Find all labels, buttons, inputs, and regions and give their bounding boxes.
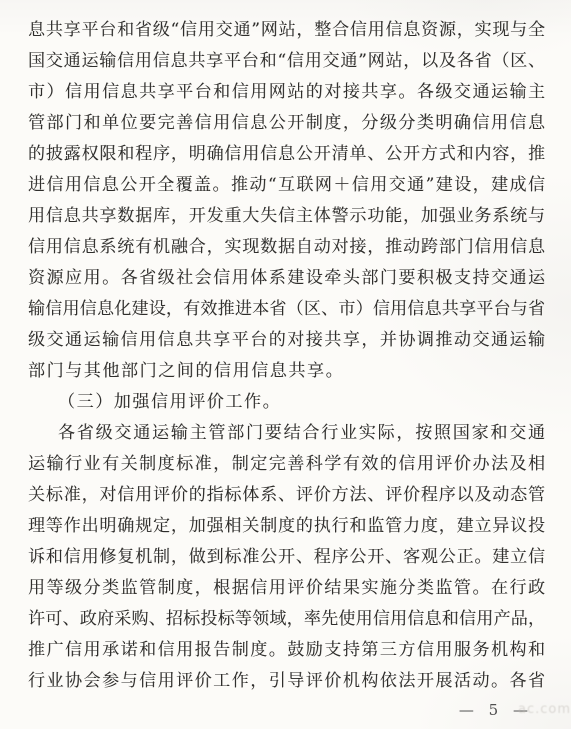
text-line-4: 管部门和单位要完善信用信息公开制度，分级分类明确信用信息 [28, 108, 545, 139]
text-line-19: 用等级分类监管制度，根据信用评价结果实施分类监管。在行政 [28, 573, 545, 604]
document-page: 息共享平台和省级“信用交通”网站，整合信用信息资源，实现与全国交通运输信用信息共… [0, 0, 571, 729]
text-line-1: 息共享平台和省级“信用交通”网站，整合信用信息资源，实现与全 [28, 15, 545, 46]
text-line-7: 用信息共享数据库，开发重大失信主体警示功能，加强业务系统与 [28, 201, 545, 232]
text-line-3: 市）信用信息共享平台和信用网站的对接共享。各级交通运输主 [28, 77, 545, 108]
text-line-16: 关标准，对信用评价的指标体系、评价方法、评价程序以及动态管 [28, 480, 545, 511]
text-line-14: 各省级交通运输主管部门要结合行业实际，按照国家和交通 [28, 418, 545, 449]
text-line-17: 理等作出明确规定，加强相关制度的执行和监管力度，建立异议投 [28, 511, 545, 542]
text-line-5: 的披露权限和程序，明确信用信息公开清单、公开方式和内容，推 [28, 139, 545, 170]
text-line-9: 资源应用。各省级社会信用体系建设牵头部门要积极支持交通运 [28, 263, 545, 294]
text-line-22: 行业协会参与信用评价工作，引导评价机构依法开展活动。各省 [28, 666, 545, 697]
text-line-18: 诉和信用修复机制，做到标准公开、程序公开、客观公正。建立信 [28, 542, 545, 573]
page-footer: — 5 — ac.com [311, 699, 571, 723]
text-line-21: 推广信用承诺和信用报告制度。鼓励支持第三方信用服务机构和 [28, 635, 545, 666]
watermark-text: ac.com [518, 702, 571, 717]
text-line-15: 运输行业有关制度标准，制定完善科学有效的信用评价办法及相 [28, 449, 545, 480]
text-line-6: 进信用信息公开全覆盖。推动“互联网＋信用交通”建设，建成信 [28, 170, 545, 201]
document-body: 息共享平台和省级“信用交通”网站，整合信用信息资源，实现与全国交通运输信用信息共… [28, 15, 545, 697]
text-line-11: 级交通运输信用信息共享平台的对接共享，并协调推动交通运输 [28, 325, 545, 356]
text-line-10: 输信用信息化建设，有效推进本省（区、市）信用信息共享平台与省 [28, 294, 545, 325]
text-line-2: 国交通运输信用信息共享平台和“信用交通”网站，以及各省（区、 [28, 46, 545, 77]
text-line-12: 部门与其他部门之间的信用信息共享。 [28, 356, 545, 387]
text-line-8: 信用信息系统有机融合，实现数据自动对接，推动跨部门信用信息 [28, 232, 545, 263]
text-line-13: （三）加强信用评价工作。 [28, 387, 545, 418]
text-line-20: 许可、政府采购、招标投标等领域，率先使用信用信息和信用产品， [28, 604, 545, 635]
